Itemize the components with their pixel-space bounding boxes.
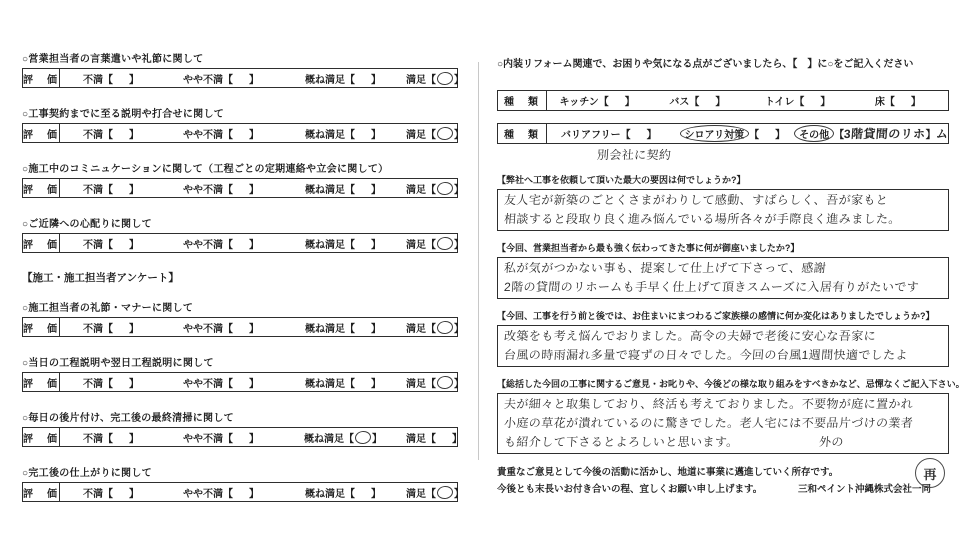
circle-mark[interactable]	[356, 238, 370, 249]
sai-stamp: 再	[915, 458, 945, 488]
circle-mark[interactable]	[632, 128, 646, 139]
type-other[interactable]: その他【3階貸間のリホ】ム	[794, 124, 948, 143]
rating-row: 評 価 不満【】 やや不満【】 概ね満足【】 満足【】	[22, 427, 458, 447]
circle-mark[interactable]	[234, 377, 248, 388]
answer-line: 小庭の草花が潰れているのに驚きでした。老人宅には不要品片づけの業者	[503, 414, 942, 433]
circle-mark[interactable]	[356, 183, 370, 194]
question-title: ○完工後の仕上がりに関して	[22, 464, 458, 479]
rating-label: 評 価	[23, 483, 60, 501]
option-oomune-manzoku[interactable]: 概ね満足【】	[280, 483, 406, 501]
circle-mark[interactable]	[234, 73, 248, 84]
option-oomune-manzoku[interactable]: 概ね満足【】	[280, 69, 406, 87]
option-fuman[interactable]: 不満【】	[60, 428, 162, 446]
circle-mark[interactable]	[700, 95, 714, 106]
rating-question-1: ○営業担当者の言葉遣いや礼節に関して 評 価 不満【】 やや不満【】 概ね満足【…	[22, 50, 458, 88]
option-yaya-fuman[interactable]: やや不満【】	[162, 318, 280, 336]
qa-block-2: 【今回、営業担当者から最も強く伝わってきた事に何が御座いましたか?】 私が気がつ…	[497, 241, 949, 299]
qa-answer-box[interactable]: 友人宅が新築のごとくさまがわりして感動、すばらしく、吾が家もと 相談すると段取り…	[497, 189, 949, 231]
answer-line: 相談すると段取り良く進み悩んでいる場所各々が手際良く進みました。	[503, 210, 942, 229]
company-name: 三和ペイント沖縄株式会社一同	[798, 481, 931, 498]
circle-mark[interactable]	[114, 73, 128, 84]
circle-mark[interactable]	[610, 95, 624, 106]
question-title: ○施工中のコミニュケーションに関して（工程ごとの定期連絡や立会に関して）	[22, 160, 458, 175]
closing-line-2: 今後とも末長いお付き合いの程、宜しくお願い申し上げます。	[497, 481, 762, 498]
type-barrier-free[interactable]: バリアフリー【】	[547, 124, 671, 143]
circle-mark[interactable]	[805, 95, 819, 106]
reform-intro-text: ○内装リフォーム関連で、お困りや気になる点がございましたら、【 】に○をご記入く…	[497, 55, 949, 70]
rating-question-5: ○施工担当者の礼節・マナーに関して 評 価 不満【】 やや不満【】 概ね満足【】…	[22, 299, 458, 337]
rating-row: 評 価 不満【】 やや不満【】 概ね満足【】 満足【】	[22, 317, 458, 337]
rating-row: 評 価 不満【】 やや不満【】 概ね満足【】 満足【】	[22, 178, 458, 198]
answer-line: 改築をも考え悩んでおりました。高令の夫婦で老後に安心な吾家に	[503, 327, 942, 346]
rating-row: 評 価 不満【】 やや不満【】 概ね満足【】 満足【】	[22, 123, 458, 143]
answer-line: 2階の貸間のリホームも手早く仕上げて頂きスムーズに入居有りがたいです	[503, 278, 942, 297]
qa-answer-box[interactable]: 夫が細々と取集しており、終活も考えておりました。不要物が庭に置かれ 小庭の草花が…	[497, 393, 949, 454]
circle-mark[interactable]	[114, 432, 128, 443]
type-floor[interactable]: 床【】	[848, 91, 948, 110]
option-yaya-fuman[interactable]: やや不満【】	[162, 428, 280, 446]
option-oomune-manzoku[interactable]: 概ね満足【】	[280, 373, 406, 391]
circle-mark[interactable]	[234, 322, 248, 333]
circle-mark[interactable]	[234, 128, 248, 139]
circle-mark[interactable]	[760, 128, 774, 139]
option-fuman[interactable]: 不満【】	[60, 318, 162, 336]
question-title: ○ご近隣への心配りに関して	[22, 215, 458, 230]
circle-mark[interactable]	[114, 377, 128, 388]
question-title: ○工事契約までに至る説明や打合せに関して	[22, 105, 458, 120]
option-fuman[interactable]: 不満【】	[60, 234, 162, 252]
reform-type-row-2: 種 類 バリアフリー【】 シロアリ対策【】 その他【3階貸間のリホ】ム	[497, 123, 949, 144]
type-label: 種 類	[498, 91, 547, 110]
type-toilet[interactable]: トイレ【】	[748, 91, 848, 110]
circle-mark[interactable]	[234, 487, 248, 498]
option-manzoku[interactable]: 満足【】	[406, 69, 464, 87]
option-manzoku[interactable]: 満足【】	[406, 373, 464, 391]
interior-reform-column: ○内装リフォーム関連で、お困りや気になる点がございましたら、【 】に○をご記入く…	[497, 55, 949, 498]
answer-line: 夫が細々と取集しており、終活も考えておりました。不要物が庭に置かれ	[503, 395, 942, 414]
qa-question: 【今回、工事を行う前と後では、お住まいにまつわるご家族様の感情に何か変化はありま…	[497, 309, 949, 322]
question-title: ○当日の工程説明や翌日工程説明に関して	[22, 354, 458, 369]
option-oomune-manzoku[interactable]: 概ね満足【】	[280, 234, 406, 252]
option-yaya-fuman[interactable]: やや不満【】	[162, 69, 280, 87]
circle-mark[interactable]	[356, 377, 370, 388]
question-title: ○営業担当者の言葉遣いや礼節に関して	[22, 50, 458, 65]
circle-mark[interactable]	[356, 322, 370, 333]
qa-question: 【総括した今回の工事に関するご意見・お叱りや、今後どの様な取り組みをすべきかなど…	[497, 377, 949, 390]
circle-mark[interactable]	[436, 70, 454, 85]
question-title: ○施工担当者の礼節・マナーに関して	[22, 299, 458, 314]
type-label: 種 類	[498, 124, 547, 143]
rating-label: 評 価	[23, 234, 60, 252]
option-manzoku[interactable]: 満足【】	[406, 428, 462, 446]
page-divider	[478, 62, 479, 460]
option-fuman[interactable]: 不満【】	[60, 373, 162, 391]
rating-question-7: ○毎日の後片付け、完工後の最終清掃に関して 評 価 不満【】 やや不満【】 概ね…	[22, 409, 458, 447]
answer-line: も紹介して下さるとよろしいと思います。	[503, 433, 739, 452]
option-fuman[interactable]: 不満【】	[60, 483, 162, 501]
option-oomune-manzoku[interactable]: 概ね満足【】	[280, 179, 406, 197]
circle-mark[interactable]	[114, 322, 128, 333]
sales-survey-column: ○営業担当者の言葉遣いや礼節に関して 評 価 不満【】 やや不満【】 概ね満足【…	[22, 50, 458, 519]
circle-mark[interactable]	[234, 432, 248, 443]
option-manzoku[interactable]: 満足【】	[406, 234, 464, 252]
rating-label: 評 価	[23, 428, 60, 446]
construction-survey-section-header: 【施工・施工担当者アンケート】	[22, 270, 458, 285]
option-yaya-fuman[interactable]: やや不満【】	[162, 373, 280, 391]
type-termite[interactable]: シロアリ対策【】	[671, 124, 795, 143]
circle-mark[interactable]	[436, 235, 454, 250]
answer-line: 友人宅が新築のごとくさまがわりして感動、すばらしく、吾が家もと	[503, 191, 942, 210]
option-fuman[interactable]: 不満【】	[60, 124, 162, 142]
circle-mark[interactable]	[436, 484, 454, 499]
circle-mark[interactable]	[436, 319, 454, 334]
option-yaya-fuman[interactable]: やや不満【】	[162, 179, 280, 197]
circle-mark[interactable]	[234, 238, 248, 249]
rating-row: 評 価 不満【】 やや不満【】 概ね満足【】 満足【】	[22, 372, 458, 392]
circle-mark[interactable]	[436, 180, 454, 195]
option-oomune-manzoku[interactable]: 概ね満足【】	[280, 428, 406, 446]
rating-question-6: ○当日の工程説明や翌日工程説明に関して 評 価 不満【】 やや不満【】 概ね満足…	[22, 354, 458, 392]
handwritten-note-separate-contract: 別会社に契約	[596, 146, 949, 163]
option-manzoku[interactable]: 満足【】	[406, 124, 464, 142]
type-kitchen[interactable]: キッチン【】	[547, 91, 647, 110]
qa-block-4: 【総括した今回の工事に関するご意見・お叱りや、今後どの様な取り組みをすべきかなど…	[497, 377, 949, 454]
rating-question-8: ○完工後の仕上がりに関して 評 価 不満【】 やや不満【】 概ね満足【】 満足【…	[22, 464, 458, 502]
rating-question-4: ○ご近隣への心配りに関して 評 価 不満【】 やや不満【】 概ね満足【】 満足【…	[22, 215, 458, 253]
rating-question-2: ○工事契約までに至る説明や打合せに関して 評 価 不満【】 やや不満【】 概ね満…	[22, 105, 458, 143]
closing-message: 貴重なご意見として今後の活動に活かし、地道に事業に邁進していく所存です。 今後と…	[497, 464, 949, 498]
qa-question: 【弊社へ工事を依頼して頂いた最大の要因は何でしょうか?】	[497, 173, 949, 186]
rating-label: 評 価	[23, 373, 60, 391]
answer-line: 台風の時雨漏れ多量で寝ずの日々でした。今回の台風1週間快適でしたよ	[503, 346, 942, 365]
option-yaya-fuman[interactable]: やや不満【】	[162, 234, 280, 252]
qa-block-1: 【弊社へ工事を依頼して頂いた最大の要因は何でしょうか?】 友人宅が新築のごとくさ…	[497, 173, 949, 231]
type-bath[interactable]: バス【】	[647, 91, 747, 110]
rating-label: 評 価	[23, 69, 60, 87]
rating-label: 評 価	[23, 124, 60, 142]
option-yaya-fuman[interactable]: やや不満【】	[162, 483, 280, 501]
qa-answer-box[interactable]: 私が気がつかない事も、提案して仕上げて下さって、感謝 2階の貸間のリホームも手早…	[497, 257, 949, 299]
circle-mark[interactable]	[356, 73, 370, 84]
rating-label: 評 価	[23, 318, 60, 336]
option-fuman[interactable]: 不満【】	[60, 179, 162, 197]
circle-mark[interactable]	[437, 432, 451, 443]
qa-answer-box[interactable]: 改築をも考え悩んでおりました。高令の夫婦で老後に安心な吾家に 台風の時雨漏れ多量…	[497, 325, 949, 367]
option-manzoku[interactable]: 満足【】	[406, 483, 464, 501]
circle-mark[interactable]	[114, 183, 128, 194]
rating-row: 評 価 不満【】 やや不満【】 概ね満足【】 満足【】	[22, 233, 458, 253]
circle-mark[interactable]	[436, 374, 454, 389]
circle-mark[interactable]	[356, 128, 370, 139]
rating-row: 評 価 不満【】 やや不満【】 概ね満足【】 満足【】	[22, 482, 458, 502]
option-oomune-manzoku[interactable]: 概ね満足【】	[280, 318, 406, 336]
qa-block-3: 【今回、工事を行う前と後では、お住まいにまつわるご家族様の感情に何か変化はありま…	[497, 309, 949, 367]
circle-mark[interactable]	[354, 429, 372, 444]
rating-question-3: ○施工中のコミニュケーションに関して（工程ごとの定期連絡や立会に関して） 評 価…	[22, 160, 458, 198]
reform-type-row-1: 種 類 キッチン【】 バス【】 トイレ【】 床【】	[497, 90, 949, 111]
option-manzoku[interactable]: 満足【】	[406, 318, 464, 336]
qa-question: 【今回、営業担当者から最も強く伝わってきた事に何が御座いましたか?】	[497, 241, 949, 254]
circle-mark[interactable]	[896, 95, 910, 106]
circle-mark[interactable]	[356, 487, 370, 498]
rating-row: 評 価 不満【】 やや不満【】 概ね満足【】 満足【】	[22, 68, 458, 88]
question-title: ○毎日の後片付け、完工後の最終清掃に関して	[22, 409, 458, 424]
answer-annotation: 外の	[818, 433, 844, 452]
circle-mark[interactable]	[114, 487, 128, 498]
circle-mark[interactable]	[114, 238, 128, 249]
circle-mark[interactable]	[436, 125, 454, 140]
option-yaya-fuman[interactable]: やや不満【】	[162, 124, 280, 142]
circle-mark[interactable]	[234, 183, 248, 194]
option-manzoku[interactable]: 満足【】	[406, 179, 464, 197]
option-oomune-manzoku[interactable]: 概ね満足【】	[280, 124, 406, 142]
circle-mark[interactable]	[114, 128, 128, 139]
rating-label: 評 価	[23, 179, 60, 197]
option-fuman[interactable]: 不満【】	[60, 69, 162, 87]
closing-line-1: 貴重なご意見として今後の活動に活かし、地道に事業に邁進していく所存です。	[497, 464, 949, 481]
answer-line: 私が気がつかない事も、提案して仕上げて下さって、感謝	[503, 259, 942, 278]
other-handwritten-suffix: ム	[935, 125, 949, 142]
other-handwritten-value: 3階貸間のリホ	[844, 125, 927, 142]
scanned-survey-form: ○営業担当者の言葉遣いや礼節に関して 評 価 不満【】 やや不満【】 概ね満足【…	[0, 0, 960, 540]
